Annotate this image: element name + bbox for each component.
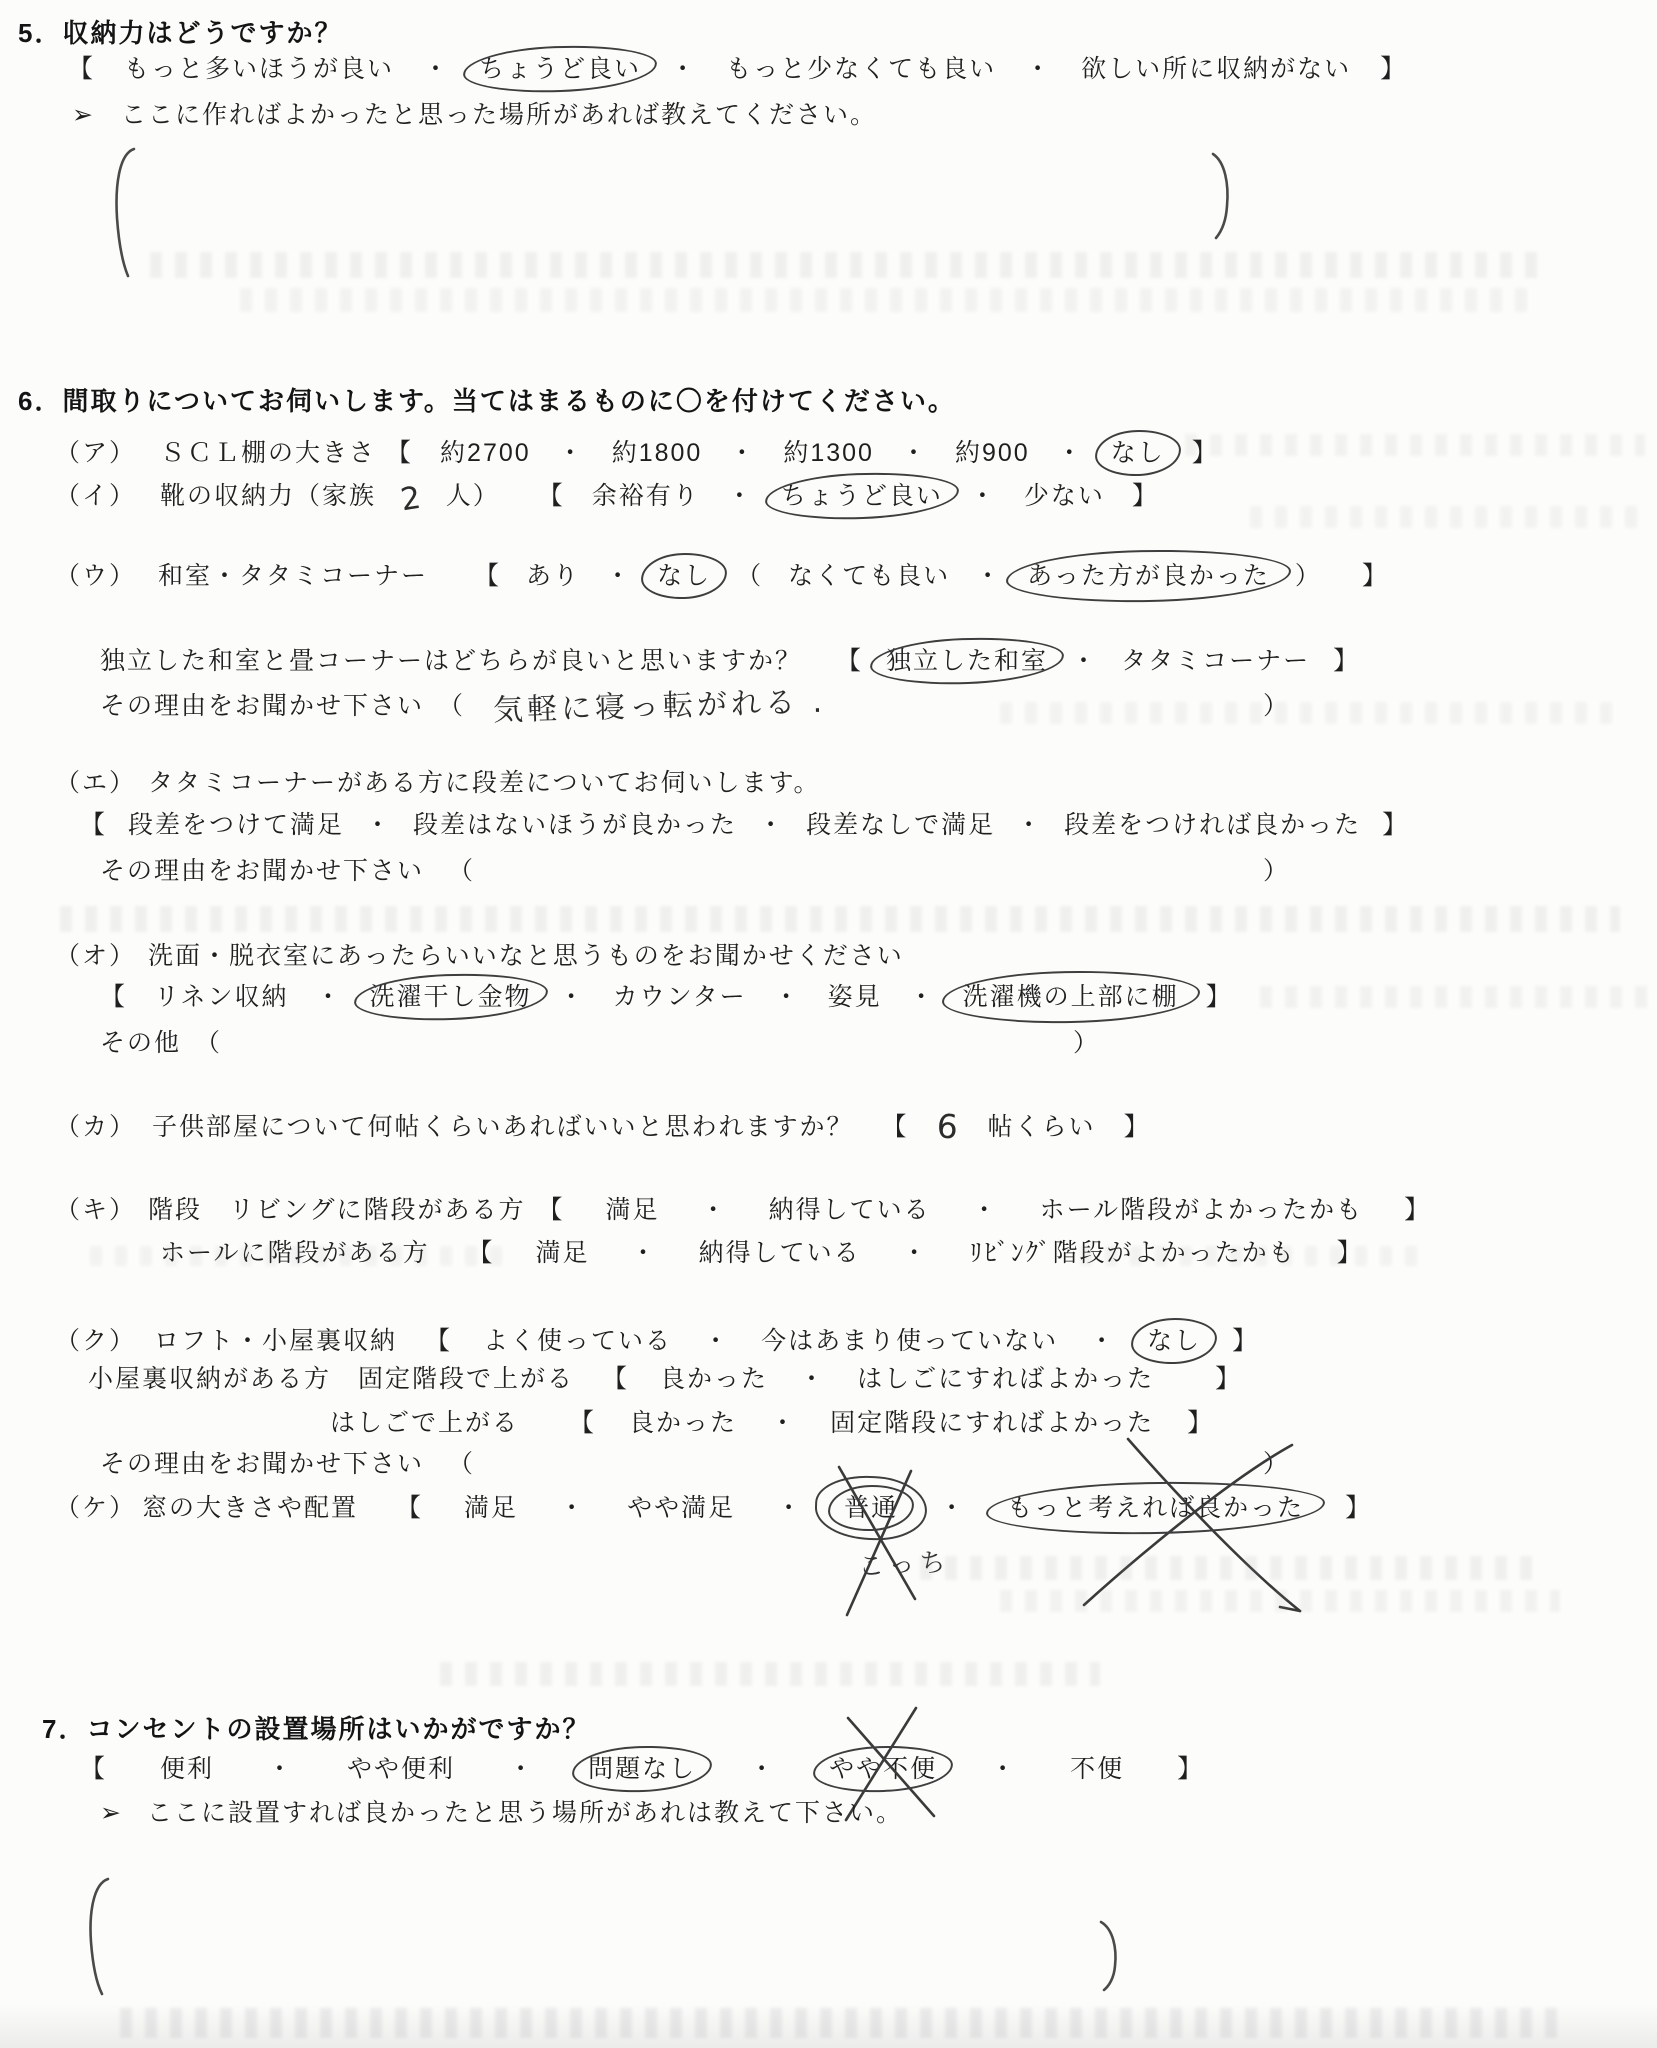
separator-dot: ・: [559, 980, 586, 1014]
separator-dot: ・: [770, 1406, 797, 1440]
separator-dot: ・: [558, 436, 585, 470]
q6-row-h: （ク） ロフト・小屋裏収納 【 よく使っている ・ 今はあまり使っていない ・ …: [55, 1324, 1259, 1358]
separator-dot: ・: [758, 808, 785, 842]
q5-option-just-right-circled[interactable]: ちょうど良い: [476, 52, 644, 86]
bracket-open: 【: [538, 479, 565, 513]
q6g-row2-option-satisfied[interactable]: 満足: [533, 1236, 593, 1270]
q6b-prefix: （イ）: [55, 479, 136, 513]
separator-dot: ・: [1089, 1324, 1116, 1358]
bracket-open: 【: [68, 52, 95, 86]
bracket-close: 】: [1215, 1362, 1242, 1396]
separator-dot: ・: [749, 1752, 776, 1786]
bracket-close: 】: [1380, 52, 1407, 86]
bleed-through-ghost: [1250, 506, 1650, 528]
separator-dot: ・: [267, 1752, 294, 1786]
q6a-option-900[interactable]: 約900: [952, 436, 1033, 470]
bracket-open: 【: [100, 980, 127, 1014]
bleed-through-ghost: [920, 1556, 1540, 1580]
q6-row-g: （キ） 階段 リビングに階段がある方 【 満足 ・ 納得している ・ ホール階段…: [55, 1193, 1431, 1227]
q6f-prefix: （カ）: [55, 1110, 136, 1144]
separator-dot: ・: [316, 980, 343, 1014]
q6a-option-none-circled[interactable]: なし: [1108, 436, 1168, 470]
arrow-icon: ➢: [100, 1796, 123, 1830]
q6c-q2-option-separate-washitsu-circled[interactable]: 独立した和室: [883, 644, 1051, 678]
separator-dot: ・: [727, 479, 754, 513]
q6e-option-counter[interactable]: カウンター: [610, 980, 750, 1014]
bracket-open: 【: [386, 436, 413, 470]
q6-row-e2: 【 リネン収納 ・ 洗濯干し金物 ・ カウンター ・ 姿見 ・ 洗濯機の上部に棚…: [100, 980, 1233, 1014]
q7-option-convenient[interactable]: 便利: [157, 1752, 217, 1786]
q5-title: 5．収納力はどうですか？: [18, 16, 342, 50]
q6-row-i: （ケ） 窓の大きさや配置 【 満足 ・ やや満足 ・ 普通 ・ もっと考えれば良…: [55, 1491, 1372, 1525]
separator-dot: ・: [970, 479, 997, 513]
q6d-option-no-step-better[interactable]: 段差はないほうが良かった: [410, 808, 740, 842]
q6-row-d: （エ） タタミコーナーがある方に段差についてお伺いします。: [55, 766, 821, 800]
q6g-option-hall-stairs-better[interactable]: ホール階段がよかったかも: [1037, 1193, 1367, 1227]
separator-dot: ・: [423, 52, 450, 86]
bleed-through-ghost: [1080, 1246, 1430, 1266]
separator-dot: ・: [559, 1491, 586, 1525]
bleed-through-ghost: [60, 906, 1620, 932]
bracket-close: 】: [1345, 1491, 1372, 1525]
q6-title-text: 6．間取りについてお伺いします。当てはまるものに〇を付けてください。: [18, 384, 956, 418]
separator-dot: ・: [703, 1324, 730, 1358]
q6i-label: 窓の大きさや配置: [142, 1491, 358, 1525]
bracket-open: 【: [396, 1491, 423, 1525]
paren-open: （: [448, 854, 475, 888]
q6g-option-accepting[interactable]: 納得している: [766, 1193, 934, 1227]
q6h-option-none-circled[interactable]: なし: [1144, 1324, 1204, 1358]
separator-dot: ・: [701, 1193, 728, 1227]
q6e-option-linen[interactable]: リネン収納: [151, 980, 292, 1014]
q6c-prefix: （ウ）: [55, 559, 136, 593]
q6i-prefix: （ケ）: [55, 1491, 136, 1525]
q6b-label-pre: 靴の収納力（家族: [160, 479, 376, 513]
q6-row-d2: 【 段差をつけて満足 ・ 段差はないほうが良かった ・ 段差なしで満足 ・ 段差…: [80, 808, 1409, 842]
bracket-open: 【: [569, 1406, 596, 1440]
separator-dot: ・: [1016, 808, 1043, 842]
q6-row-c2: 独立した和室と畳コーナーはどちらが良いと思いますか？ 【 独立した和室 ・ タタ…: [100, 644, 1360, 678]
q6c-option-ari[interactable]: あり: [523, 559, 583, 593]
q6b-handwritten-family-count[interactable]: 2: [398, 480, 425, 517]
q5-option-more[interactable]: もっと多いほうが良い: [121, 52, 397, 86]
q6h-row3-label: はしごで上がる: [330, 1406, 519, 1440]
q7-prompt-text: ここに設置すれば良かったと思う場所があれは教えて下さい。: [147, 1796, 903, 1830]
bracket-close: 】: [1177, 1752, 1204, 1786]
paren-close: ）: [1073, 1026, 1100, 1060]
separator-dot: ・: [365, 808, 392, 842]
q6h-row2-label: 小屋裏収納がある方 固定階段で上がる: [88, 1362, 574, 1396]
q6e-prefix: （オ）: [55, 939, 136, 973]
q7-option-no-problem-circled[interactable]: 問題なし: [585, 1752, 699, 1786]
q6g-label: 階段 リビングに階段がある方: [148, 1193, 526, 1227]
q5-title-text: 5．収納力はどうですか？: [18, 16, 342, 50]
q6e-option-shelf-above-washer-circled[interactable]: 洗濯機の上部に棚: [960, 980, 1182, 1014]
bracket-close: 】: [1333, 644, 1360, 678]
separator-dot: ・: [901, 436, 928, 470]
q6-row-b: （イ） 靴の収納力（家族 2 人） 【 余裕有り ・ ちょうど良い ・ 少ない …: [55, 477, 1159, 513]
q6f-label: 子供部屋について何帖くらいあればいいと思われますか？: [152, 1110, 854, 1144]
q6-row-h4: その理由をお聞かせ下さい （ ）: [100, 1447, 1290, 1481]
bracket-open: 【: [80, 1752, 107, 1786]
bleed-through-ghost: [240, 288, 1540, 312]
q6-row-e: （オ） 洗面・脱衣室にあったらいいなと思うものをお聞かせください: [55, 939, 904, 973]
separator-dot: ・: [774, 980, 801, 1014]
bleed-through-ghost: [1185, 434, 1645, 456]
q6-row-d3: その理由をお聞かせ下さい （ ）: [100, 854, 1290, 888]
bracket-close: 】: [1206, 980, 1233, 1014]
bracket-open: 【: [80, 808, 107, 842]
q6c-q2-option-tatami-corner[interactable]: タタミコーナー: [1118, 644, 1313, 678]
q7-option-somewhat-inconvenient-circled-crossed[interactable]: やや不便: [826, 1752, 940, 1786]
q6-row-h3: はしごで上がる 【 良かった ・ 固定階段にすればよかった 】: [330, 1406, 1214, 1440]
q6g-row2-option-accepting[interactable]: 納得している: [696, 1236, 864, 1270]
q6d-label: タタミコーナーがある方に段差についてお伺いします。: [148, 766, 821, 800]
separator-dot: ・: [631, 1236, 658, 1270]
q5-option-missing-place[interactable]: 欲しい所に収納がない: [1078, 52, 1354, 86]
q6d-option-should-have-step[interactable]: 段差をつければ良かった: [1061, 808, 1364, 842]
q5-answer-bracket-right: [1208, 152, 1232, 240]
q6e-option-mirror[interactable]: 姿見: [825, 980, 885, 1014]
q6d-option-step-satisfied[interactable]: 段差をつけて満足: [125, 808, 347, 842]
bracket-close: 】: [1404, 1193, 1431, 1227]
separator-dot: ・: [508, 1752, 535, 1786]
paren-close: ）: [1295, 559, 1322, 593]
q6-row-c: （ウ） 和室・タタミコーナー 【 あり ・ なし （ なくても良い ・ あった方…: [55, 559, 1389, 593]
q6c-reason-handwritten[interactable]: 気軽に寝っ転がれる .: [493, 686, 827, 729]
q6a-prefix: （ア）: [55, 436, 136, 470]
q6-row-f: （カ） 子供部屋について何帖くらいあればいいと思われますか？ 【 6 帖くらい …: [55, 1107, 1151, 1144]
paren-open: （: [438, 689, 465, 723]
q6d-option-flat-satisfied[interactable]: 段差なしで満足: [803, 808, 998, 842]
bracket-open: 【: [602, 1362, 629, 1396]
separator-dot: ・: [972, 1193, 999, 1227]
q5-option-less[interactable]: もっと少なくても良い: [723, 52, 999, 86]
q6b-label-post: 人）: [446, 479, 500, 513]
bracket-close: 】: [1187, 1406, 1214, 1440]
q5-prompt-row: ➢ ここに作ればよかったと思った場所があれば教えてください。: [72, 98, 877, 132]
bracket-open: 【: [538, 1193, 565, 1227]
q6-title: 6．間取りについてお伺いします。当てはまるものに〇を付けてください。: [18, 384, 956, 418]
q7-option-somewhat-convenient[interactable]: やや便利: [344, 1752, 458, 1786]
scanned-questionnaire-page: 5．収納力はどうですか？ 【 もっと多いほうが良い ・ ちょうど良い ・ もっと…: [0, 0, 1657, 2048]
q6h-row3-option-good[interactable]: 良かった: [626, 1406, 740, 1440]
separator-dot: ・: [1025, 52, 1052, 86]
q7-title: 7．コンセントの設置場所はいかがですか？: [42, 1712, 590, 1746]
bracket-open: 【: [882, 1110, 909, 1144]
q6h-row3-option-fixed-stairs-better[interactable]: 固定階段にすればよかった: [827, 1406, 1157, 1440]
q6h-prefix: （ク）: [55, 1324, 136, 1358]
q6f-suffix: 帖くらい: [988, 1110, 1096, 1144]
paren-open: （: [448, 1447, 475, 1481]
bracket-open: 【: [836, 644, 863, 678]
q6c-suboption-ok-without[interactable]: なくても良い: [785, 559, 953, 593]
q6-row-a: （ア） ＳＣＬ棚の大きさ 【 約2700 ・ 約1800 ・ 約1300 ・ 約…: [55, 436, 1219, 470]
separator-dot: ・: [1071, 644, 1098, 678]
paren-open: （: [736, 559, 763, 593]
q6g-option-satisfied[interactable]: 満足: [603, 1193, 663, 1227]
separator-dot: ・: [939, 1491, 966, 1525]
bleed-through-ghost: [1260, 986, 1650, 1008]
q6f-handwritten-size[interactable]: 6: [936, 1109, 961, 1144]
bracket-open: 【: [425, 1324, 452, 1358]
bracket-close: 】: [1362, 559, 1389, 593]
q6d-reason-label: その理由をお聞かせ下さい: [100, 854, 424, 888]
bracket-close: 】: [1124, 1110, 1151, 1144]
q6-row-h2: 小屋裏収納がある方 固定階段で上がる 【 良かった ・ はしごにすればよかった …: [88, 1362, 1242, 1396]
q7-option-inconvenient[interactable]: 不便: [1067, 1752, 1127, 1786]
bleed-through-ghost: [150, 252, 1550, 278]
bleed-through-ghost: [1000, 1590, 1560, 1612]
q6b-option-just-right-circled[interactable]: ちょうど良い: [778, 479, 946, 513]
q7-options-row: 【 便利 ・ やや便利 ・ 問題なし ・ やや不便 ・ 不便 】: [80, 1752, 1204, 1786]
q6h-option-rarely-use[interactable]: 今はあまり使っていない: [758, 1324, 1061, 1358]
q6h-reason-label: その理由をお聞かせ下さい: [100, 1447, 424, 1481]
q6b-option-plenty[interactable]: 余裕有り: [589, 479, 703, 513]
q6a-option-1800[interactable]: 約1800: [609, 436, 706, 470]
q7-answer-area[interactable]: [115, 1880, 1075, 1990]
bracket-close: 】: [1132, 479, 1159, 513]
separator-dot: ・: [605, 559, 632, 593]
q6-row-e3: その他 （ ）: [100, 1026, 1100, 1060]
q6c-reason-label: その理由をお聞かせ下さい: [100, 689, 424, 723]
q6h-row2-option-ladder-better[interactable]: はしごにすればよかった: [854, 1362, 1157, 1396]
q5-answer-bracket-left: [112, 146, 138, 280]
separator-dot: ・: [1057, 436, 1084, 470]
scan-bottom-shading: [0, 2004, 1657, 2048]
bleed-through-ghost: [90, 1246, 510, 1266]
bracket-close: 】: [1232, 1324, 1259, 1358]
q5-options-row: 【 もっと多いほうが良い ・ ちょうど良い ・ もっと少なくても良い ・ 欲しい…: [68, 52, 1407, 86]
bracket-open: 【: [474, 559, 501, 593]
q7-title-text: 7．コンセントの設置場所はいかがですか？: [42, 1712, 590, 1746]
separator-dot: ・: [902, 1236, 929, 1270]
bleed-through-ghost: [1000, 702, 1620, 724]
q7-answer-bracket-left: [86, 1876, 112, 1998]
separator-dot: ・: [799, 1362, 826, 1396]
q6c-q2-text: 独立した和室と畳コーナーはどちらが良いと思いますか？: [100, 644, 802, 678]
bracket-close: 】: [1382, 808, 1409, 842]
bleed-through-ghost: [440, 1662, 1100, 1686]
q6h-row2-option-good[interactable]: 良かった: [657, 1362, 771, 1396]
q6c-label: 和室・タタミコーナー: [158, 559, 428, 593]
q6h-option-use-often[interactable]: よく使っている: [480, 1324, 675, 1358]
separator-dot: ・: [776, 1491, 803, 1525]
q6e-other-label: その他: [100, 1026, 181, 1060]
q6h-label: ロフト・小屋裏収納: [154, 1324, 397, 1358]
q6a-option-2700[interactable]: 約2700: [437, 436, 534, 470]
q6i-option-normal-double-circled-crossed[interactable]: 普通: [841, 1491, 901, 1525]
q7-answer-bracket-right: [1096, 1920, 1120, 1992]
separator-dot: ・: [990, 1752, 1017, 1786]
q6g-prefix: （キ）: [55, 1193, 136, 1227]
separator-dot: ・: [670, 52, 697, 86]
separator-dot: ・: [975, 559, 1002, 593]
q5-prompt-text: ここに作ればよかったと思った場所があれば教えてください。: [121, 98, 877, 132]
q6e-option-drying-hardware-circled[interactable]: 洗濯干し金物: [367, 980, 535, 1014]
q6b-option-few[interactable]: 少ない: [1021, 479, 1108, 513]
q6i-option-somewhat-satisfied[interactable]: やや満足: [624, 1491, 738, 1525]
paren-close: ）: [1263, 854, 1290, 888]
q6c-suboption-wish-had-circled[interactable]: あった方が良かった: [1024, 559, 1273, 593]
arrow-icon: ➢: [72, 98, 95, 132]
q6a-label: ＳＣＬ棚の大きさ: [160, 436, 376, 470]
paren-open: （: [195, 1026, 222, 1060]
q7-prompt-row: ➢ ここに設置すれば良かったと思う場所があれは教えて下さい。: [100, 1796, 903, 1830]
paren-close: ）: [1263, 1447, 1290, 1481]
separator-dot: ・: [909, 980, 936, 1014]
q6a-option-1300[interactable]: 約1300: [780, 436, 877, 470]
q6c-option-nashi-circled[interactable]: なし: [654, 559, 714, 593]
q6i-option-satisfied[interactable]: 満足: [461, 1491, 521, 1525]
q6i-option-should-have-thought-more-circled-crossed[interactable]: もっと考えれば良かった: [1004, 1491, 1307, 1525]
q6d-prefix: （エ）: [55, 766, 136, 800]
separator-dot: ・: [729, 436, 756, 470]
q6e-label: 洗面・脱衣室にあったらいいなと思うものをお聞かせください: [148, 939, 904, 973]
